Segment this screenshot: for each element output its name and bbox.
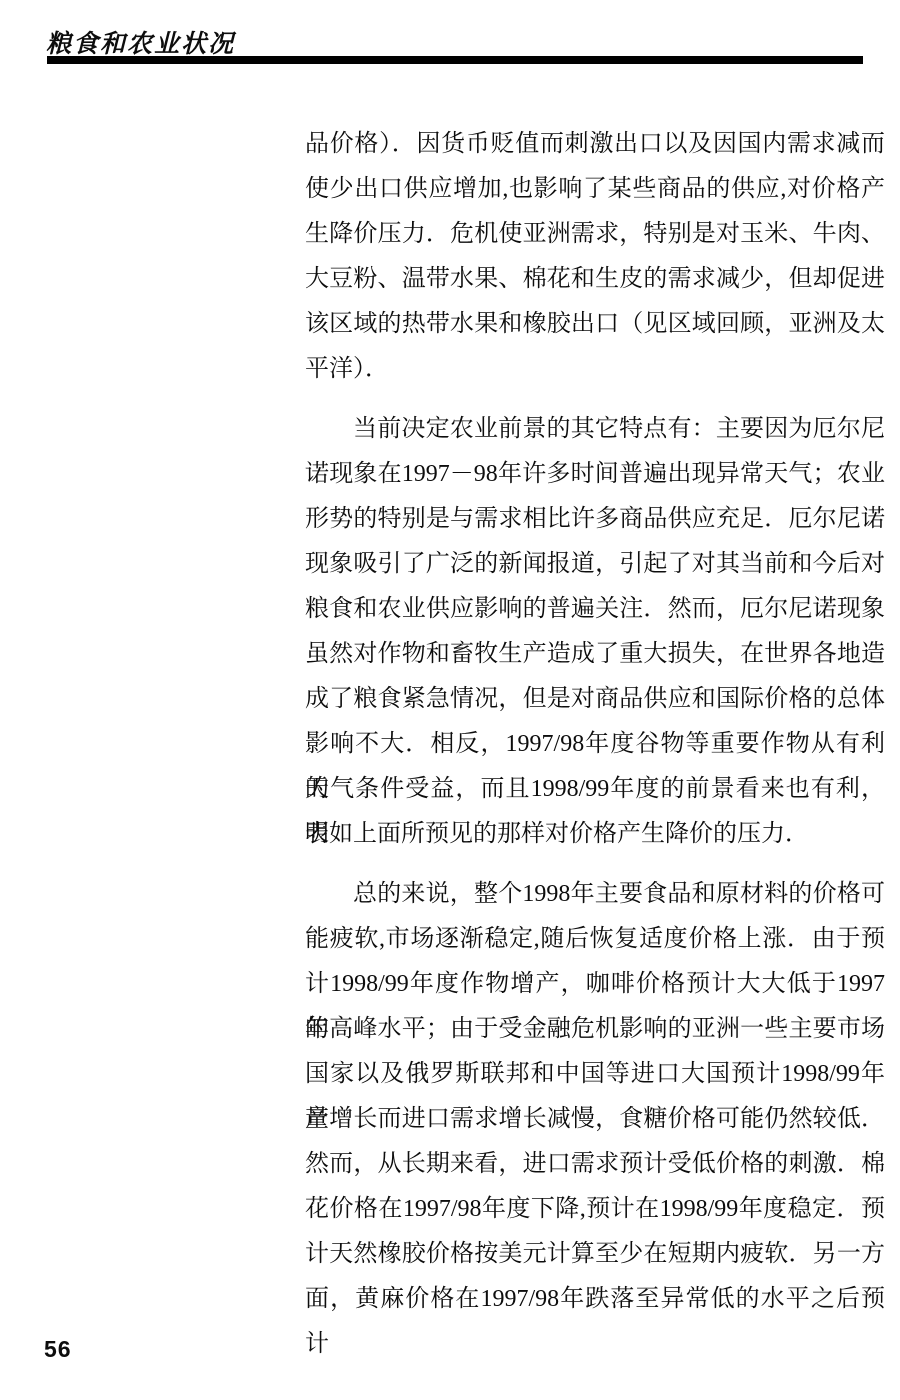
text-line: 能疲软,市场逐渐稳定,随后恢复适度价格上涨．由于预 (305, 917, 885, 962)
text-line: 现象吸引了广泛的新闻报道，引起了对其当前和今后对 (305, 542, 885, 587)
text-line: 该区域的热带水果和橡胶出口（见区域回顾，亚洲及太 (305, 302, 885, 347)
paragraph: 当前决定农业前景的其它特点有：主要因为厄尔尼诺现象在1997－98年许多时间普遍… (305, 407, 885, 857)
body-text: 品价格）．因货币贬值而刺激出口以及因国内需求减而使少出口供应增加,也影响了某些商… (305, 122, 885, 1322)
text-line: 的高峰水平；由于受金融危机影响的亚洲一些主要市场 (305, 1007, 885, 1052)
text-line: 大豆粉、温带水果、棉花和生皮的需求减少，但却促进 (305, 257, 885, 302)
text-line: 量增长而进口需求增长减慢，食糖价格可能仍然较低． (305, 1097, 885, 1142)
header-rule (47, 56, 863, 64)
text-line: 诺现象在1997－98年许多时间普遍出现异常天气；农业 (305, 452, 885, 497)
text-line: 面，黄麻价格在1997/98年跌落至异常低的水平之后预计 (305, 1277, 885, 1322)
text-line: 生降价压力．危机使亚洲需求，特别是对玉米、牛肉、 (305, 212, 885, 257)
text-line: 平洋）． (305, 347, 885, 392)
text-line: 花价格在1997/98年度下降,预计在1998/99年度稳定．预 (305, 1187, 885, 1232)
text-line: 影响不大．相反，1997/98年度谷物等重要作物从有利的 (305, 722, 885, 767)
text-line: 虽然对作物和畜牧生产造成了重大损失，在世界各地造 (305, 632, 885, 677)
text-line: 成了粮食紧急情况，但是对商品供应和国际价格的总体 (305, 677, 885, 722)
page-number: 56 (44, 1336, 72, 1363)
paragraph: 总的来说，整个1998年主要食品和原材料的价格可能疲软,市场逐渐稳定,随后恢复适… (305, 872, 885, 1322)
text-line: 明如上面所预见的那样对价格产生降价的压力． (305, 812, 885, 857)
text-line: 品价格）．因货币贬值而刺激出口以及因国内需求减而 (305, 122, 885, 167)
running-header-title: 粮食和农业状况 (46, 24, 235, 60)
text-line: 计天然橡胶价格按美元计算至少在短期内疲软．另一方 (305, 1232, 885, 1277)
paragraph: 品价格）．因货币贬值而刺激出口以及因国内需求减而使少出口供应增加,也影响了某些商… (305, 122, 885, 392)
text-line: 然而，从长期来看，进口需求预计受低价格的刺激．棉 (305, 1142, 885, 1187)
text-line: 当前决定农业前景的其它特点有：主要因为厄尔尼 (305, 407, 885, 452)
document-page: 粮食和农业状况 品价格）．因货币贬值而刺激出口以及因国内需求减而使少出口供应增加… (0, 0, 900, 1400)
text-line: 粮食和农业供应影响的普遍关注．然而，厄尔尼诺现象 (305, 587, 885, 632)
text-line: 总的来说，整个1998年主要食品和原材料的价格可 (305, 872, 885, 917)
text-line: 国家以及俄罗斯联邦和中国等进口大国预计1998/99年产 (305, 1052, 885, 1097)
text-line: 使少出口供应增加,也影响了某些商品的供应,对价格产 (305, 167, 885, 212)
text-line: 计1998/99年度作物增产，咖啡价格预计大大低于1997年 (305, 962, 885, 1007)
text-line: 形势的特别是与需求相比许多商品供应充足．厄尔尼诺 (305, 497, 885, 542)
text-line: 天气条件受益，而且1998/99年度的前景看来也有利，表 (305, 767, 885, 812)
